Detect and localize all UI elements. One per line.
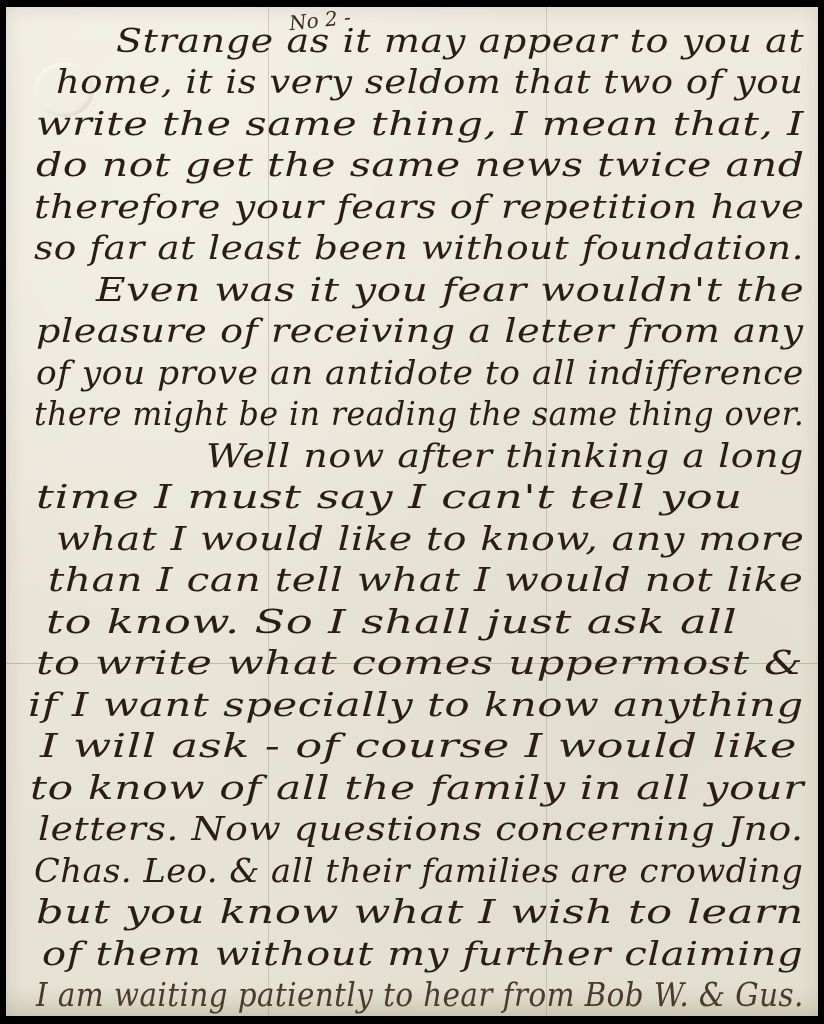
letter-line-13: what I would like to know, any more — [56, 519, 804, 558]
letter-line-10: there might be in reading the same thing… — [34, 394, 804, 433]
letter-line-9: of you prove an antidote to all indiffer… — [36, 353, 804, 392]
letter-line-6: so far at least been without foundation. — [34, 228, 804, 267]
letter-line-21: Chas. Leo. & all their families are crow… — [34, 851, 803, 890]
letter-line-15: to know. So I shall just ask all — [46, 602, 737, 641]
letter-line-8: pleasure of receiving a letter from any — [36, 311, 804, 350]
letter-line-17: if I want specially to know anything — [28, 685, 804, 724]
letter-line-7: Even was it you fear wouldn't the — [96, 270, 804, 309]
letter-line-3: write the same thing, I mean that, I — [36, 104, 804, 143]
letter-line-22: but you know what I wish to learn — [36, 892, 804, 931]
letter-line-1: Strange as it may appear to you at — [116, 21, 804, 60]
letter-line-19: to know of all the family in all your — [30, 768, 804, 807]
letter-line-18: I will ask - of course I would like — [40, 726, 797, 765]
letter-line-11: Well now after thinking a long — [206, 436, 804, 475]
letter-line-12: time I must say I can't tell you — [36, 477, 743, 516]
letter-line-16: to write what comes uppermost & — [36, 643, 803, 682]
letter-line-2: home, it is very seldom that two of you — [56, 62, 803, 101]
letter-line-14: than I can tell what I would not like — [48, 560, 804, 599]
letter-line-5: therefore your fears of repetition have — [34, 187, 805, 226]
letter-line-23: of them without my further claiming — [42, 934, 803, 973]
letter-line-4: do not get the same news twice and — [36, 145, 805, 184]
letter-line-20: letters. Now questions concerning Jno. — [38, 809, 804, 848]
letter-page: No 2 - Strange as it may appear to you a… — [6, 7, 818, 1016]
letter-line-24: I am waiting patiently to hear from Bob … — [36, 975, 804, 1014]
